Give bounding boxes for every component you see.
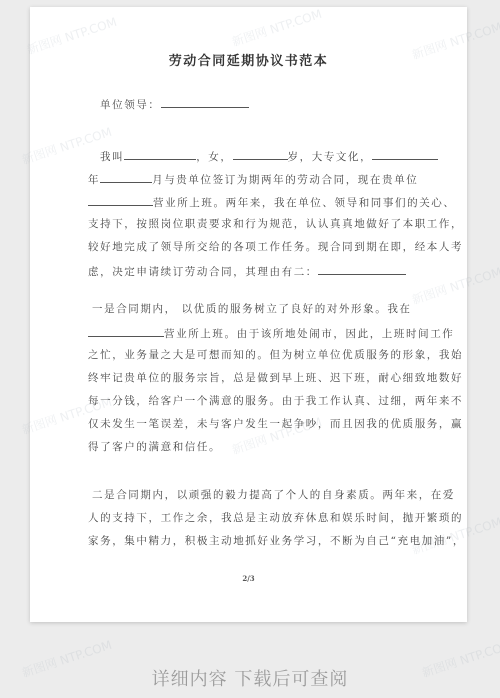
blank-name (124, 148, 196, 160)
download-prompt[interactable]: 详细内容 下载后可查阅 (0, 665, 500, 691)
para3-line3: 家务，集中精力，积极主动地抓好业务学习，不断为自己“充电加油”， (88, 534, 465, 548)
blank-month (100, 171, 152, 183)
watermark: 新图网 NTP.COM (230, 5, 324, 50)
para2-line2: 营业所上班。由于该所地处闹市，因此，上班时间工作 (88, 325, 454, 341)
para1-line2: 年月与贵单位签订为期两年的劳动合同，现在贵单位 (88, 171, 418, 187)
para2-line6: 仅未发生一笔误差，未与客户发生一起争吵，而且因我的优质服务，赢 (88, 417, 463, 431)
para1-line5: 较好地完成了领导所交给的各项工作任务。现合同到期在即，经本人考 (88, 240, 463, 254)
blank-field (318, 263, 406, 275)
blank-field (161, 96, 249, 108)
salutation: 单位领导： (100, 99, 161, 111)
para1-line6: 虑，决定申请续订劳动合同，其理由有二： (88, 263, 406, 279)
para2-line3: 之忙，业务量之大是可想而知的。但为树立单位优质服务的形象，我始 (88, 348, 463, 362)
page-number: 2/3 (30, 574, 467, 583)
document-page: 新图网 NTP.COM 新图网 NTP.COM 新图网 NTP.COM 新图网 … (30, 7, 467, 622)
watermark: 新图网 NTP.COM (410, 263, 500, 308)
para1-line1: 我叫，女，岁，大专文化， (100, 148, 438, 164)
blank-year (372, 148, 438, 160)
para1-line3: 营业所上班。两年来，我在单位、领导和同事们的关心、 (88, 194, 456, 210)
document-title: 劳动合同延期协议书范本 (30, 50, 467, 69)
blank-branch (88, 194, 153, 206)
blank-branch (88, 325, 164, 337)
para1-line4: 支持下，按照岗位职责要求和行为规范，认认真真地做好了本职工作， (88, 217, 463, 231)
para2-line5: 每一分钱，给客户一个满意的服务。由于我工作认真、过细，两年来不 (88, 394, 463, 408)
para3-line2: 人的支持下，工作之余，我总是主动放弃休息和娱乐时间，抛开繁琐的 (88, 511, 463, 525)
blank-age (233, 148, 288, 160)
para2-line4: 终牢记贵单位的服务宗旨，总是做到早上班、迟下班，耐心细致地数好 (88, 371, 463, 385)
para2-line1: 一是合同期内， 以优质的服务树立了良好的对外形象。我在 (92, 302, 412, 316)
salutation-line: 单位领导： (100, 96, 249, 112)
para2-line7: 得了客户的满意和信任。 (88, 440, 221, 454)
para3-line1: 二是合同期内，以顽强的毅力提高了个人的自身素质。两年来，在爱 (92, 488, 455, 502)
